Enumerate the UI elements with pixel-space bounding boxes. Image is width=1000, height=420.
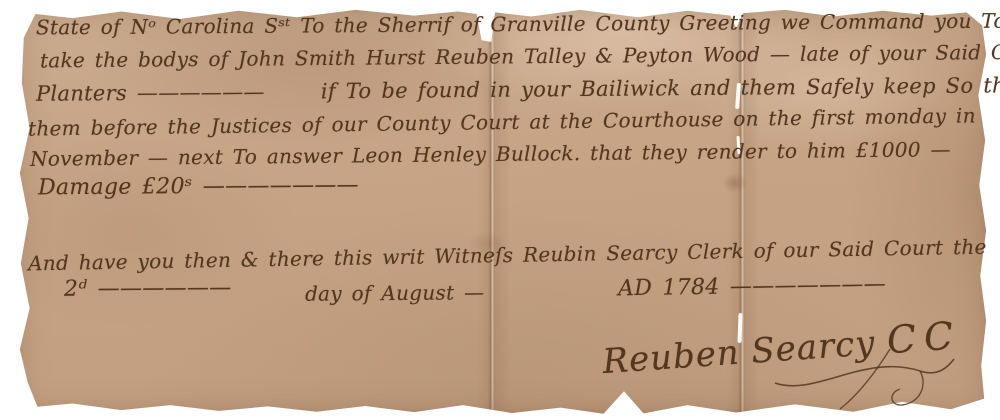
clerk-signature-name: Reuben Searcy (601, 323, 877, 382)
clerk-signature: Reuben Searcy C C (601, 314, 953, 382)
writ-line-justices: them before the Justices of our County C… (28, 103, 976, 140)
clerk-signature-suffix: C C (885, 314, 952, 362)
writ-line-november: November — next To answer Leon Henley Bu… (30, 137, 951, 171)
writ-line-planters-left: Planters —————— (36, 80, 265, 106)
handwritten-text-layer: State of Nᵒ Carolina Sˢᵗ To the Sherrif … (0, 0, 1000, 420)
writ-line-witness: And have you then & there this writ Witn… (28, 235, 987, 276)
writ-line-planters: Planters ——————if To be found in your Ba… (36, 72, 1000, 106)
writ-line-planters-right: if To be found in your Bailiwick and the… (321, 72, 1000, 103)
writ-line-month: day of August — (305, 280, 485, 306)
writ-line-heading: State of Nᵒ Carolina Sˢᵗ To the Sherrif … (36, 9, 1000, 40)
scanned-document-page: State of Nᵒ Carolina Sˢᵗ To the Sherrif … (0, 0, 1000, 420)
writ-line-year: AD 1784 ——————— (618, 272, 886, 302)
writ-line-damage: Damage £20ˢ ——————— (38, 173, 359, 201)
writ-line-day-number: 2ᵈ —————— (64, 275, 232, 301)
writ-line-defendants: take the bodys of John Smith Hurst Reube… (40, 40, 1000, 73)
